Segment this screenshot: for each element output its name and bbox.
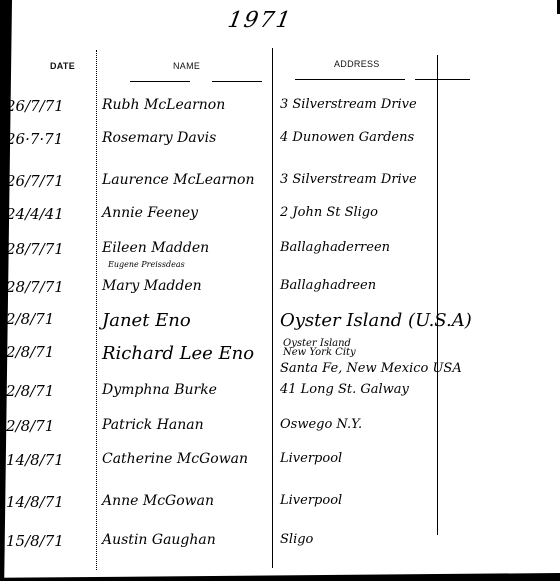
entry-date: 2/8/71 bbox=[6, 310, 54, 328]
register-row: 2/8/71Dymphna Burke41 Long St. Galway bbox=[0, 382, 560, 412]
register-row: 24/4/41Annie Feeney2 John St Sligo bbox=[0, 205, 560, 235]
register-row: 15/8/71Austin GaughanSligo bbox=[0, 532, 560, 562]
register-row: 2/8/71Patrick HananOswego N.Y. bbox=[0, 417, 560, 447]
entry-name: Richard Lee Eno bbox=[102, 343, 254, 364]
header-underline bbox=[212, 81, 262, 82]
header-underline bbox=[295, 79, 405, 80]
register-row: 26/7/71Rubh McLearnon3 Silverstream Driv… bbox=[0, 97, 560, 127]
entry-address: Liverpool bbox=[280, 451, 342, 466]
entry-name: Eileen Madden bbox=[102, 240, 209, 256]
entry-date: 24/4/41 bbox=[6, 205, 64, 223]
entry-address-extra-lines: Oyster IslandNew York City bbox=[283, 339, 356, 357]
entry-address: 3 Silverstream Drive bbox=[280, 97, 417, 112]
register-row: 2/8/71Janet EnoOyster Island (U.S.A) bbox=[0, 310, 560, 340]
entry-date: 15/8/71 bbox=[6, 532, 64, 550]
column-header-address: ADDRESS bbox=[334, 59, 380, 69]
entry-name: Laurence McLearnon bbox=[102, 172, 255, 188]
register-row: 2/8/71Richard Lee EnoSanta Fe, New Mexic… bbox=[0, 343, 560, 373]
entry-name: Mary Madden bbox=[102, 278, 202, 294]
register-row: 26·7·71Rosemary Davis4 Dunowen Gardens bbox=[0, 130, 560, 160]
entry-name: Austin Gaughan bbox=[102, 532, 216, 548]
entry-date: 14/8/71 bbox=[6, 451, 64, 469]
column-header-name: NAME bbox=[173, 61, 200, 71]
entry-address: 4 Dunowen Gardens bbox=[280, 130, 414, 145]
entry-name-note: Eugene Preissdeas bbox=[108, 260, 185, 269]
entry-address-line: New York City bbox=[283, 348, 356, 357]
entry-address: Liverpool bbox=[280, 493, 342, 508]
entry-address: 3 Silverstream Drive bbox=[280, 172, 417, 187]
entry-name: Rubh McLearnon bbox=[102, 97, 225, 113]
entry-date: 26/7/71 bbox=[6, 172, 64, 190]
entry-name: Dymphna Burke bbox=[102, 382, 217, 398]
entry-name: Annie Feeney bbox=[102, 205, 198, 221]
register-row: 14/8/71Anne McGowanLiverpool bbox=[0, 493, 560, 523]
header-underline bbox=[130, 81, 190, 82]
entry-address: 2 John St Sligo bbox=[280, 205, 378, 220]
scan-border-bottom bbox=[0, 573, 560, 581]
register-row: 28/7/71Eileen MaddenBallaghaderreenEugen… bbox=[0, 240, 560, 270]
register-year: 1971 bbox=[226, 8, 294, 33]
entry-date: 14/8/71 bbox=[6, 493, 64, 511]
entry-address: Ballaghadreen bbox=[280, 278, 376, 293]
entry-date: 26/7/71 bbox=[6, 97, 64, 115]
register-row: 26/7/71Laurence McLearnon3 Silverstream … bbox=[0, 172, 560, 202]
entry-date: 26·7·71 bbox=[6, 130, 63, 148]
column-header-date: DATE bbox=[50, 61, 75, 71]
entry-date: 2/8/71 bbox=[6, 343, 54, 361]
header-underline bbox=[415, 79, 470, 80]
entry-name: Catherine McGowan bbox=[102, 451, 248, 467]
entry-address: Ballaghaderreen bbox=[280, 240, 390, 255]
entry-date: 28/7/71 bbox=[6, 278, 64, 296]
entry-date: 28/7/71 bbox=[6, 240, 64, 258]
entry-address: Oyster Island (U.S.A) bbox=[280, 310, 472, 331]
entry-address: Oswego N.Y. bbox=[280, 417, 362, 432]
guest-register-page: 1971 DATE NAME ADDRESS 26/7/71Rubh McLea… bbox=[0, 0, 560, 581]
entry-date: 2/8/71 bbox=[6, 417, 54, 435]
entry-address: Santa Fe, New Mexico USA bbox=[280, 361, 462, 376]
entry-date: 2/8/71 bbox=[6, 382, 54, 400]
entry-address: 41 Long St. Galway bbox=[280, 382, 409, 397]
entry-address: Sligo bbox=[280, 532, 313, 547]
entry-name: Rosemary Davis bbox=[102, 130, 216, 146]
entry-name: Patrick Hanan bbox=[102, 417, 204, 433]
entry-name: Janet Eno bbox=[102, 310, 191, 331]
entry-name: Anne McGowan bbox=[102, 493, 214, 509]
register-row: 28/7/71Mary MaddenBallaghadreen bbox=[0, 278, 560, 308]
register-row: 14/8/71Catherine McGowanLiverpool bbox=[0, 451, 560, 481]
